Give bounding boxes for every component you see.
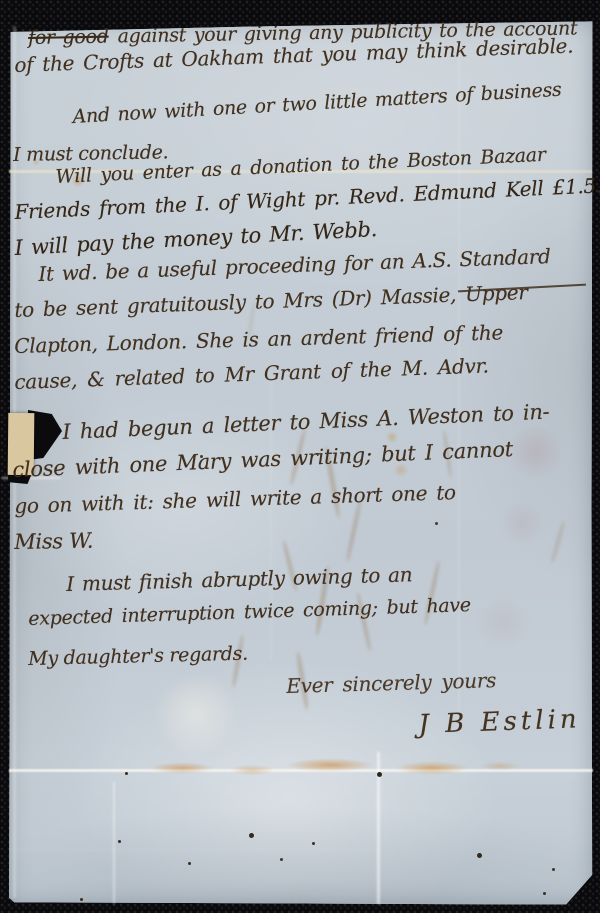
horizontal-fold-crease-bottom xyxy=(9,769,593,772)
vertical-crease xyxy=(113,782,115,904)
letter-line-15: Miss W. xyxy=(14,529,93,554)
signature-line: J B Estlin xyxy=(418,704,581,740)
ink-specks xyxy=(125,772,128,775)
strikethrough-text: for good xyxy=(28,26,109,49)
photo-background: for goodagainst your giving any publicit… xyxy=(0,0,600,913)
vertical-crease xyxy=(377,752,380,904)
horizontal-crease xyxy=(10,849,380,851)
